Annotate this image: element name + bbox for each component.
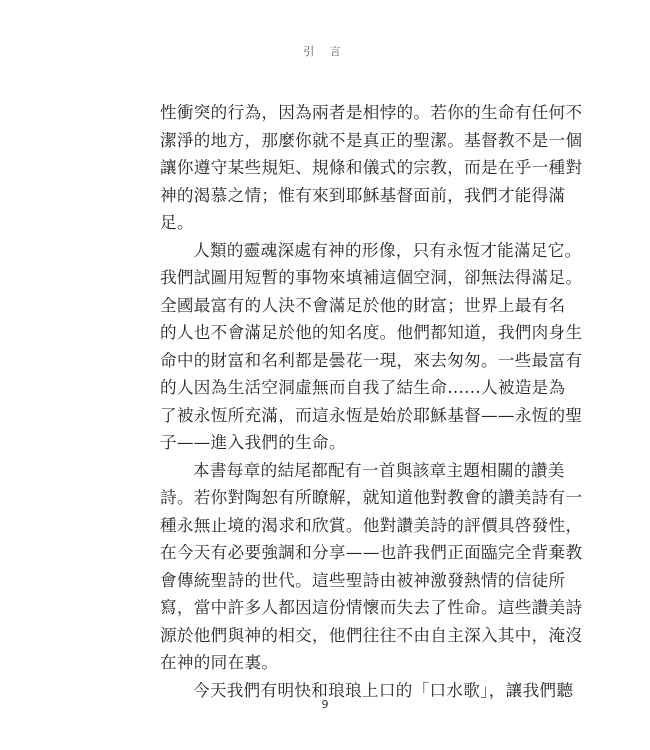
- running-head: 引 言: [0, 43, 650, 59]
- text-line: 全國最富有的人決不會滿足於他的財富；世界上最有名: [160, 292, 500, 320]
- text-line: 我們試圖用短暫的事物來填補這個空洞，卻無法得滿足。: [160, 264, 500, 292]
- page-number: 9: [0, 698, 650, 711]
- text-line: 種永無止境的渴求和欣賞。他對讚美詩的評價具啓發性，: [160, 512, 500, 540]
- text-line: 潔淨的地方，那麼你就不是真正的聖潔。基督教不是一個: [160, 127, 500, 155]
- text-line: 在神的同在裏。: [160, 649, 500, 677]
- text-line: 讓你遵守某些規矩、規條和儀式的宗教，而是在乎一種對: [160, 154, 500, 182]
- text-line: 的人也不會滿足於他的知名度。他們都知道，我們肉身生: [160, 319, 500, 347]
- text-line: 了被永恆所充滿，而這永恆是始於耶穌基督——永恆的聖: [160, 402, 500, 430]
- text-line: 命中的財富和名利都是曇花一現，來去匆匆。一些最富有: [160, 347, 500, 375]
- text-line: 足。: [160, 209, 500, 237]
- text-line: 詩。若你對陶恕有所瞭解，就知道他對教會的讚美詩有一: [160, 484, 500, 512]
- paragraph-start-line: 人類的靈魂深處有神的形像，只有永恆才能滿足它。: [160, 237, 500, 265]
- text-line: 子——進入我們的生命。: [160, 429, 500, 457]
- paragraph-start-line: 本書每章的結尾都配有一首與該章主題相關的讚美: [160, 457, 500, 485]
- text-line: 寫，當中許多人都因這份情懷而失去了性命。這些讚美詩: [160, 594, 500, 622]
- text-line: 會傳統聖詩的世代。這些聖詩由被神激發熱情的信徒所: [160, 567, 500, 595]
- body-text: 性衝突的行為，因為兩者是相悖的。若你的生命有任何不 潔淨的地方，那麼你就不是真正…: [160, 99, 500, 704]
- text-line: 在今天有必要強調和分享——也許我們正面臨完全背棄教: [160, 539, 500, 567]
- text-line: 的人因為生活空洞虛無而自我了結生命……人被造是為: [160, 374, 500, 402]
- text-line: 源於他們與神的相交，他們往往不由自主深入其中，淹沒: [160, 622, 500, 650]
- text-line: 神的渴慕之情；惟有來到耶穌基督面前，我們才能得滿: [160, 182, 500, 210]
- text-line: 性衝突的行為，因為兩者是相悖的。若你的生命有任何不: [160, 99, 500, 127]
